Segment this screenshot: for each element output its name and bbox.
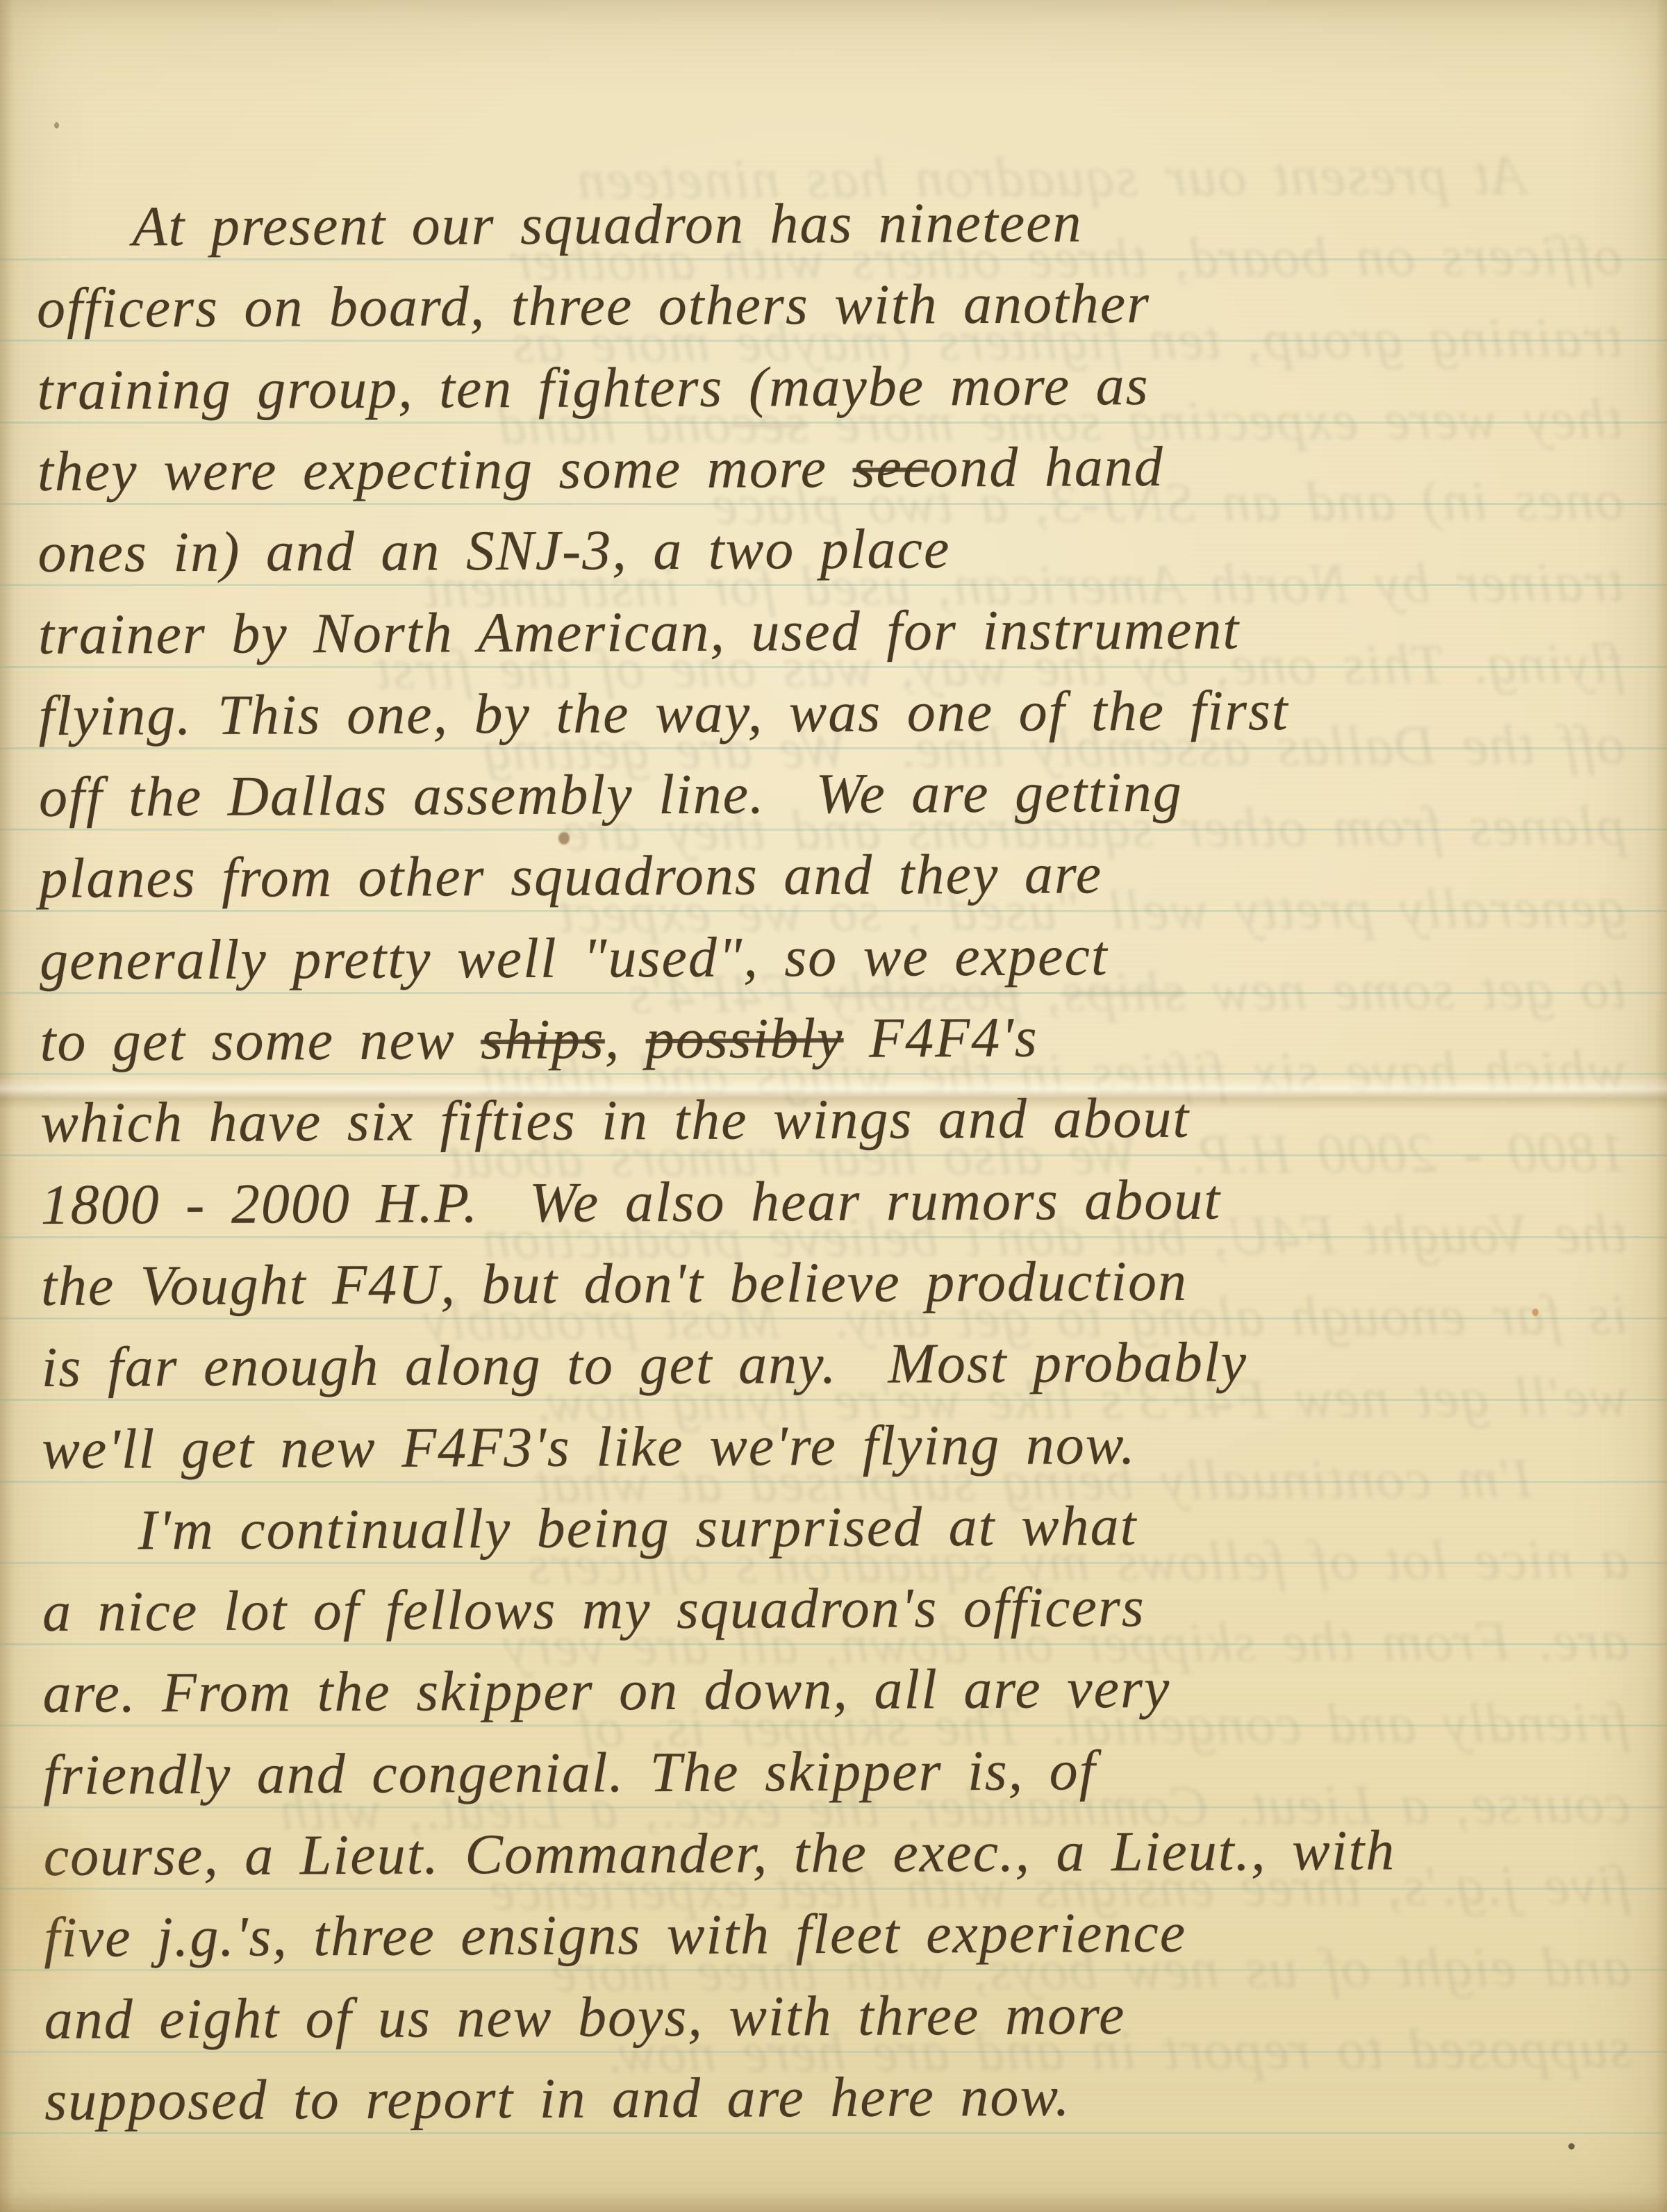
page-vignette [0, 0, 1667, 2212]
letter-page: At present our squadron has nineteenoffi… [0, 0, 1667, 2212]
